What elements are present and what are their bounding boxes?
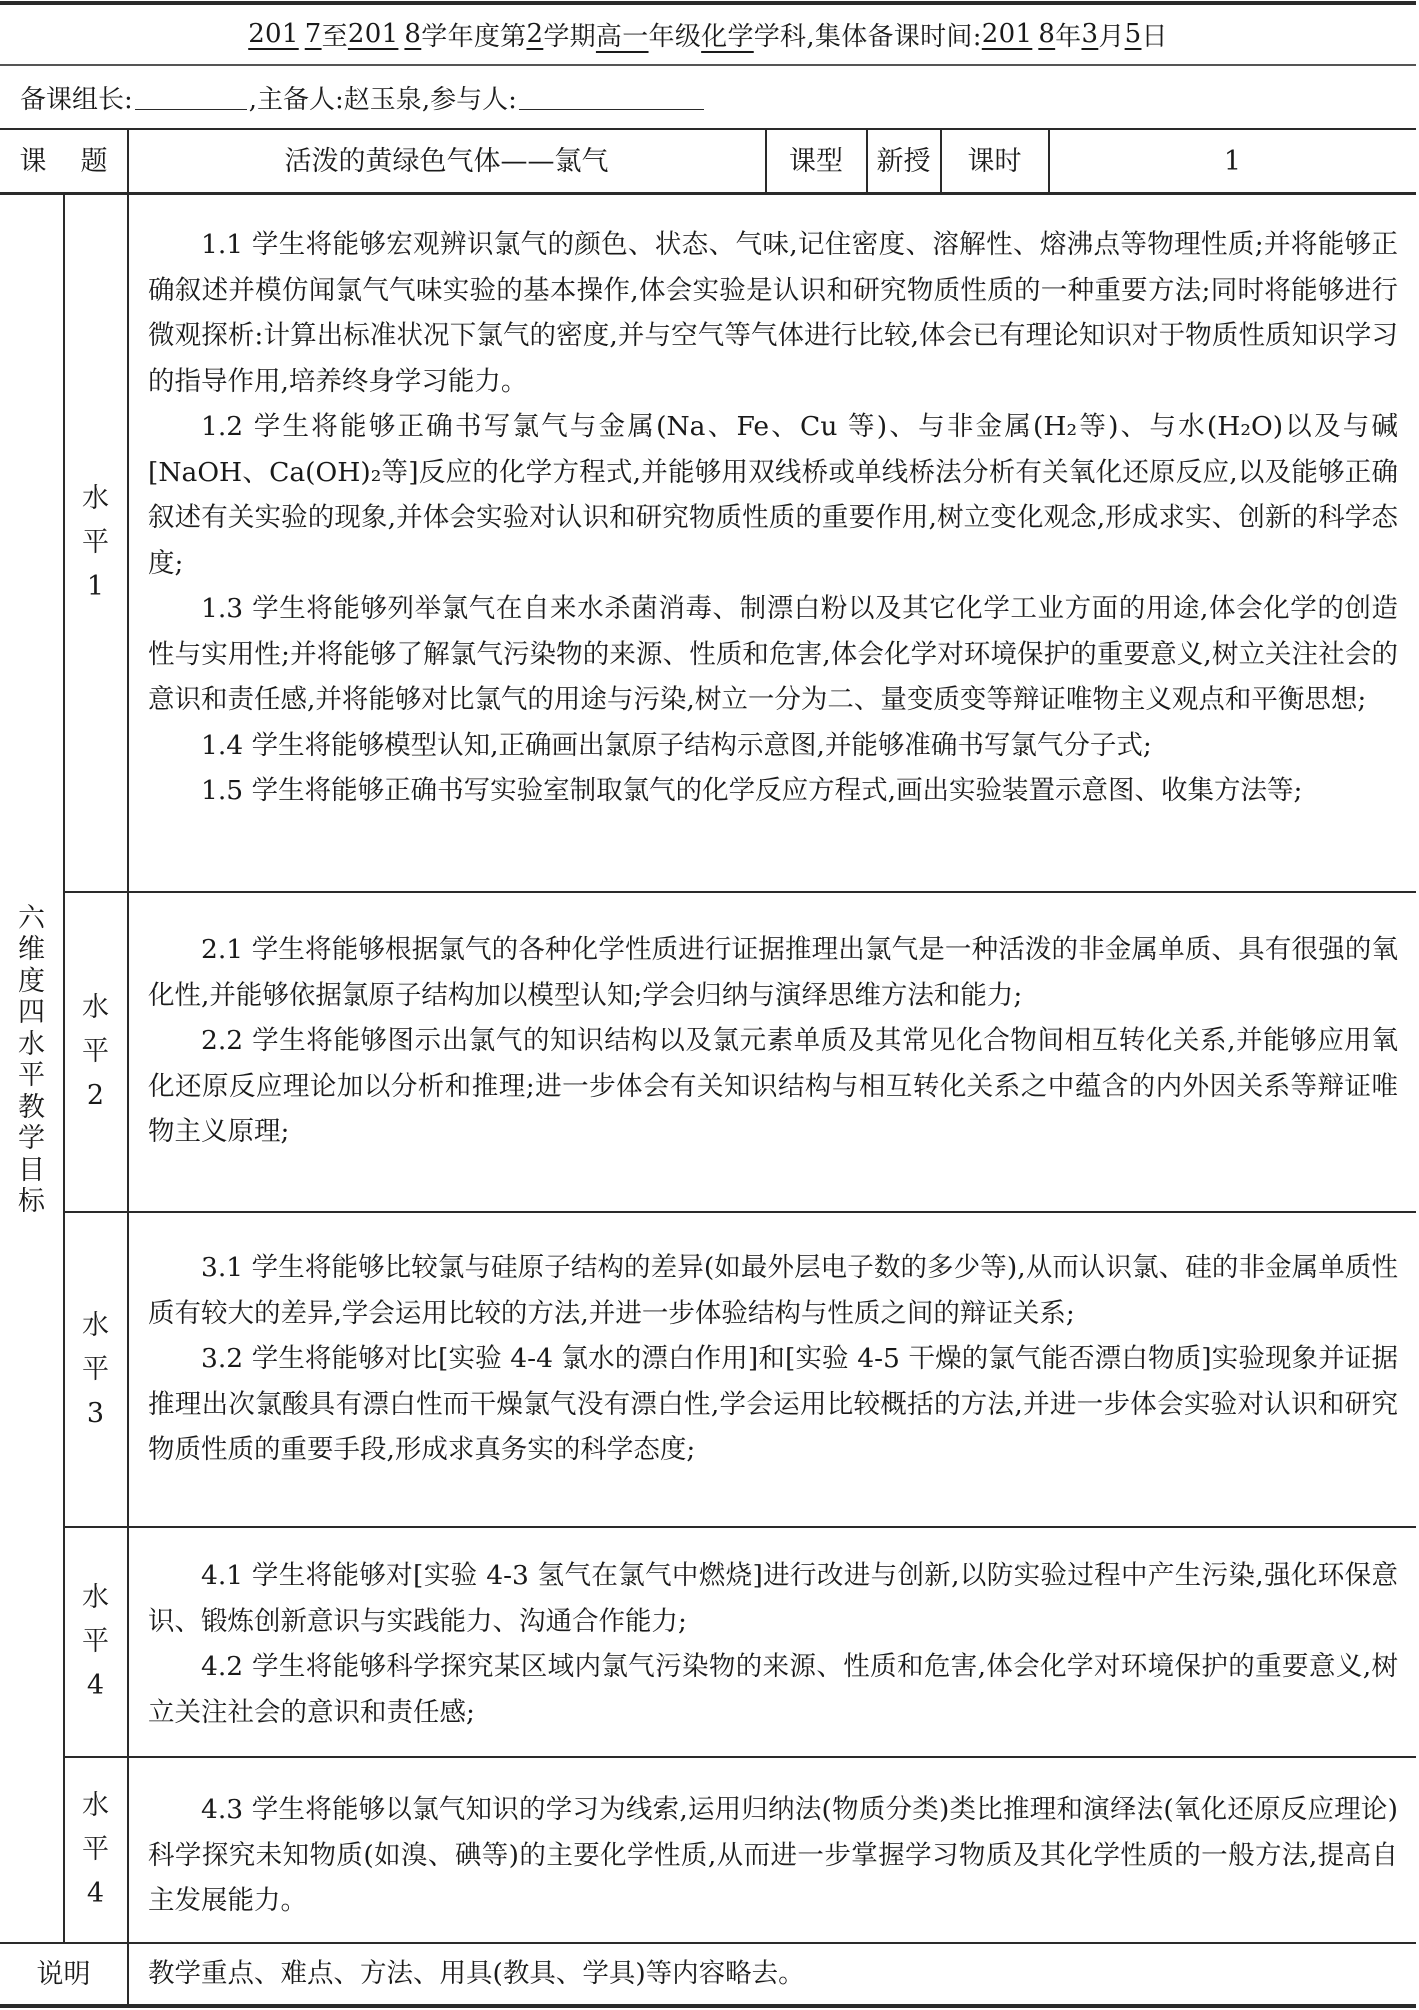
section-label-char: 目	[18, 1155, 45, 1187]
objective-item: 4.2 学生将能够科学探究某区域内氯气污染物的来源、性质和危害,体会化学对环境保…	[148, 1644, 1398, 1735]
level-label-char: 2	[87, 1074, 104, 1118]
table-bottom-border	[0, 2004, 1416, 2008]
topic-label: 课 题	[0, 130, 127, 192]
level-label-char: 平	[82, 1348, 109, 1392]
section-label-char: 六	[18, 903, 45, 935]
date-month: 3	[1081, 19, 1098, 49]
section-label-char: 学	[18, 1123, 45, 1155]
divider	[63, 1756, 1416, 1758]
title-text: 至	[322, 16, 348, 53]
section-label-char: 水	[18, 1029, 45, 1061]
section-label-char: 四	[18, 997, 45, 1029]
notes-label: 说明	[0, 1944, 127, 2004]
level-1-objectives: 1.1 学生将能够宏观辨识氯气的颜色、状态、气味,记住密度、溶解性、熔沸点等物理…	[148, 222, 1398, 814]
level-label-char: 水	[82, 1304, 109, 1348]
level-1-label: 水 平 1	[64, 195, 127, 891]
objective-item: 1.2 学生将能够正确书写氯气与金属(Na、Fe、Cu 等)、与非金属(H₂等)…	[148, 404, 1398, 586]
level-label-char: 平	[82, 521, 109, 565]
objectives-section-label: 六 维 度 四 水 平 教 学 目 标	[0, 900, 63, 1220]
level-2-label: 水 平 2	[64, 893, 127, 1211]
objective-item: 1.5 学生将能够正确书写实验室制取氯气的化学反应方程式,画出实验装置示意图、收…	[148, 768, 1398, 814]
objective-item: 4.1 学生将能够对[实验 4-3 氢气在氯气中燃烧]进行改进与创新,以防实验过…	[148, 1553, 1398, 1644]
objective-item: 3.2 学生将能够对比[实验 4-4 氯水的漂白作用]和[实验 4-5 干燥的氯…	[148, 1336, 1398, 1473]
date-year-digit: 8	[1038, 19, 1055, 49]
title-text: 学年度第	[421, 16, 526, 53]
year-end-digit: 8	[404, 19, 421, 49]
objective-item: 1.1 学生将能够宏观辨识氯气的颜色、状态、气味,记住密度、溶解性、熔沸点等物理…	[148, 222, 1398, 404]
lesson-hours-value: 1	[1049, 130, 1416, 192]
objective-item: 1.4 学生将能够模型认知,正确画出氯原子结构示意图,并能够准确书写氯气分子式;	[148, 723, 1398, 769]
participants-field[interactable]	[519, 85, 704, 110]
title-text: 学科,集体备课时间:	[754, 16, 982, 53]
topic-value: 活泼的黄绿色气体——氯气	[128, 130, 765, 192]
level-label-char: 水	[82, 1784, 109, 1828]
term-value: 2	[526, 19, 543, 49]
title-text: 日	[1141, 16, 1167, 53]
level-4b-label: 水 平 4	[64, 1758, 127, 1942]
objective-item: 1.3 学生将能够列举氯气在自来水杀菌消毒、制漂白粉以及其它化学工业方面的用途,…	[148, 586, 1398, 723]
level-label-char: 平	[82, 1030, 109, 1074]
title-text: 月	[1098, 16, 1124, 53]
objective-item: 4.3 学生将能够以氯气知识的学习为线索,运用归纳法(物质分类)类比推理和演绎法…	[148, 1787, 1398, 1924]
lesson-type-label: 课型	[766, 130, 866, 192]
level-3-label: 水 平 3	[64, 1213, 127, 1526]
group-leader-field[interactable]	[135, 85, 247, 110]
section-label-char: 标	[18, 1186, 45, 1218]
date-year-prefix: 201	[982, 19, 1033, 49]
level-label-char: 平	[82, 1620, 109, 1664]
year-start-digit: 7	[305, 19, 322, 49]
page-title: 201 7 至 201 8 学年度第 2 学期 高一 年级 化学 学科,集体备课…	[0, 4, 1416, 64]
topic-label-char: 题	[81, 148, 108, 175]
main-preparer-value: 赵玉泉	[344, 79, 422, 116]
level-label-char: 4	[87, 1664, 104, 1708]
grade-value: 高一	[596, 16, 649, 53]
level-label-char: 3	[87, 1392, 104, 1436]
level-label-char: 1	[87, 565, 104, 609]
lesson-hours-label: 课时	[941, 130, 1048, 192]
main-preparer-label: ,主备人:	[249, 79, 344, 116]
level-label-char: 水	[82, 986, 109, 1030]
lesson-plan-table: 201 7 至 201 8 学年度第 2 学期 高一 年级 化学 学科,集体备课…	[0, 0, 1419, 2010]
level-label-char: 平	[82, 1828, 109, 1872]
year-start-prefix: 201	[248, 19, 299, 49]
date-day: 5	[1125, 19, 1142, 49]
divider	[63, 891, 1416, 893]
divider	[63, 1526, 1416, 1528]
objective-item: 3.1 学生将能够比较氯与硅原子结构的差异(如最外层电子数的多少等),从而认识氯…	[148, 1245, 1398, 1336]
notes-value: 教学重点、难点、方法、用具(教具、学具)等内容略去。	[148, 1944, 1398, 2004]
divider	[0, 192, 1416, 195]
divider	[63, 1211, 1416, 1213]
level-3-objectives: 3.1 学生将能够比较氯与硅原子结构的差异(如最外层电子数的多少等),从而认识氯…	[148, 1245, 1398, 1473]
participants-label: ,参与人:	[422, 79, 517, 116]
level-2-objectives: 2.1 学生将能够根据氯气的各种化学性质进行证据推理出氯气是一种活泼的非金属单质…	[148, 927, 1398, 1155]
section-label-char: 度	[18, 966, 45, 998]
section-label-char: 平	[18, 1060, 45, 1092]
preparers-row: 备课组长: ,主备人: 赵玉泉 ,参与人:	[20, 66, 706, 128]
level-label-char: 水	[82, 1576, 109, 1620]
objective-item: 2.1 学生将能够根据氯气的各种化学性质进行证据推理出氯气是一种活泼的非金属单质…	[148, 927, 1398, 1018]
section-label-char: 维	[18, 934, 45, 966]
level-4-label: 水 平 4	[64, 1528, 127, 1756]
section-label-char: 教	[18, 1092, 45, 1124]
level-label-char: 水	[82, 477, 109, 521]
group-leader-label: 备课组长:	[20, 79, 133, 116]
title-text: 学期	[543, 16, 596, 53]
topic-label-char: 课	[20, 148, 47, 175]
title-text: 年级	[649, 16, 702, 53]
level-4b-objectives: 4.3 学生将能够以氯气知识的学习为线索,运用归纳法(物质分类)类比推理和演绎法…	[148, 1787, 1398, 1924]
col-divider	[127, 129, 129, 2005]
level-label-char: 4	[87, 1872, 104, 1916]
lesson-type-value: 新授	[867, 130, 940, 192]
title-text: 年	[1055, 16, 1081, 53]
objective-item: 2.2 学生将能够图示出氯气的知识结构以及氯元素单质及其常见化合物间相互转化关系…	[148, 1018, 1398, 1155]
year-end-prefix: 201	[348, 19, 399, 49]
subject-value: 化学	[701, 16, 754, 53]
level-4-objectives: 4.1 学生将能够对[实验 4-3 氢气在氯气中燃烧]进行改进与创新,以防实验过…	[148, 1553, 1398, 1735]
